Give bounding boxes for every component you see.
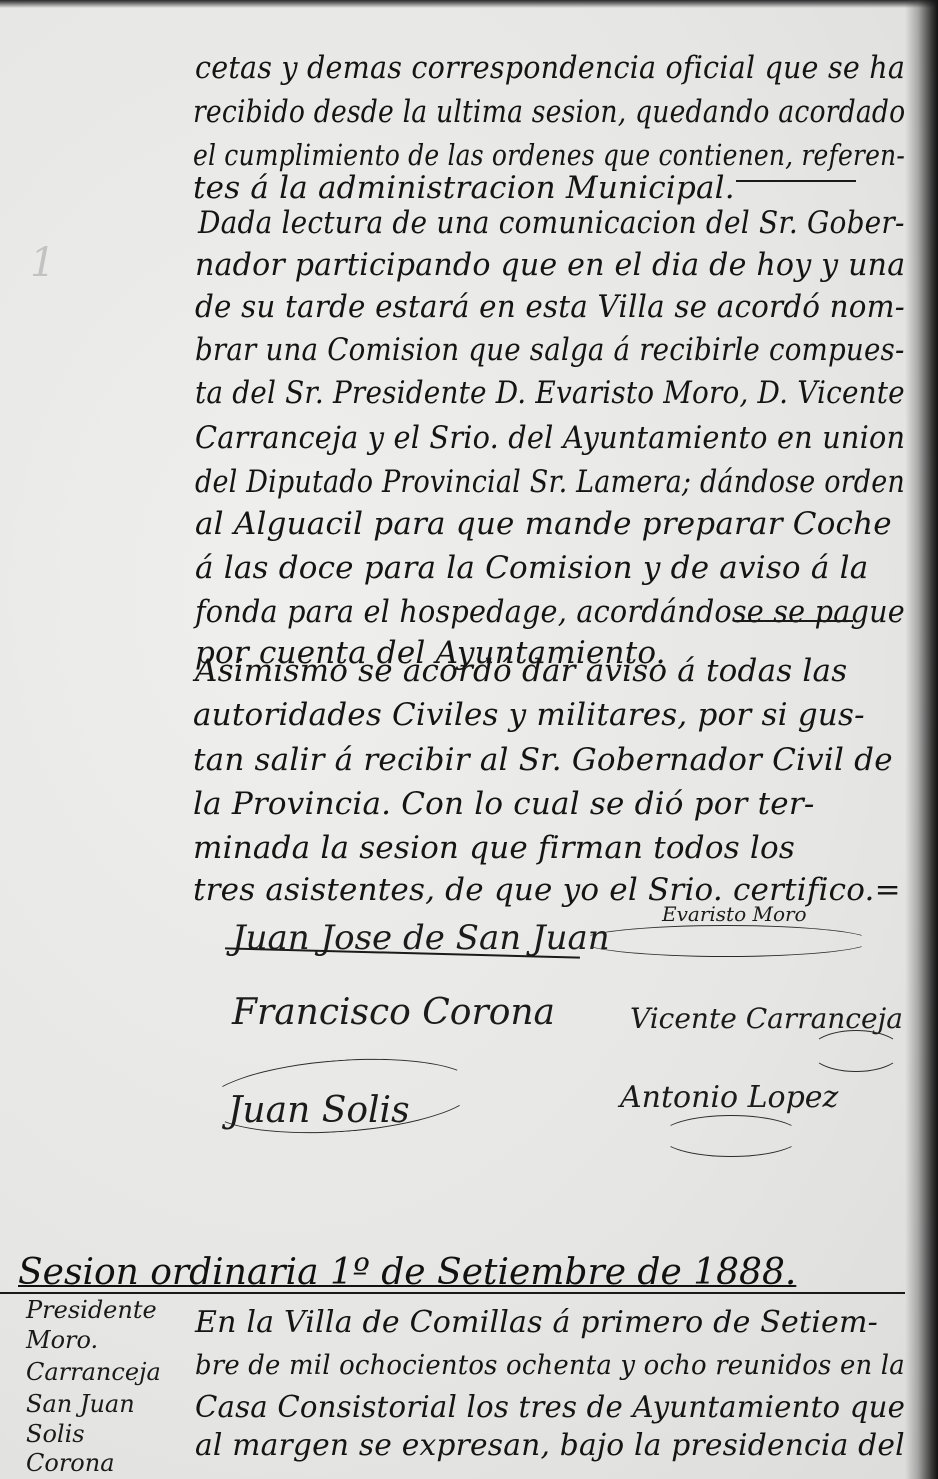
text-line: ta del Sr. Presidente D. Evaristo Moro, … [195,375,905,411]
text-line: nador participando que en el dia de hoy … [195,247,905,283]
signature-evaristo-moro: Evaristo Moro [662,902,807,926]
text-line: tan salir á recibir al Sr. Gobernador Ci… [193,742,893,778]
margin-attendee: Solis [26,1420,85,1448]
heading-divider-rule [0,1292,905,1294]
margin-attendee: Corona [26,1449,115,1477]
signature-francisco-corona: Francisco Corona [232,992,555,1033]
session-heading: Sesion ordinaria 1º de Setiembre de 1888… [18,1252,796,1293]
margin-attendee: Carranceja [26,1358,161,1386]
text-line: á las doce para la Comision y de aviso á… [195,550,868,586]
text-line: la Provincia. Con lo cual se dió por ter… [193,786,815,822]
signature-flourish [580,925,872,957]
text-line: al Alguacil para que mande preparar Coch… [195,506,892,542]
text-line: tes á la administracion Municipal. [193,170,735,206]
signature-antonio-lopez: Antonio Lopez [620,1080,838,1115]
text-line: del Diputado Provincial Sr. Lamera; dánd… [195,464,905,500]
text-line: autoridades Civiles y militares, por si … [193,697,865,733]
margin-attendee: Moro. [26,1326,98,1354]
text-line: Casa Consistorial los tres de Ayuntamien… [195,1390,905,1425]
text-line: Asimismo se acordó dar aviso á todas las [195,653,847,689]
text-line: Dada lectura de una comunicacion del Sr.… [198,205,905,241]
signature-flourish [660,1115,802,1157]
text-line: el cumplimiento de las ordenes que conti… [193,138,905,172]
manuscript-page: 1 cetas y demas correspondencia oficial … [0,0,938,1479]
margin-attendee-presidente: Presidente [26,1296,157,1324]
signature-juan-solis: Juan Solis [228,1090,410,1131]
line-filler-rule [735,620,853,622]
text-line: En la Villa de Comillas á primero de Set… [195,1305,878,1340]
line-filler-rule [736,180,856,182]
text-line: minada la sesion que firman todos los [193,830,795,866]
text-line: bre de mil ochocientos ochenta y ocho re… [195,1350,905,1381]
text-line: de su tarde estará en esta Villa se acor… [195,289,905,325]
signature-flourish [810,1030,902,1072]
text-line: recibido desde la ultima sesion, quedand… [193,94,905,130]
text-line: Carranceja y el Srio. del Ayuntamiento e… [195,420,905,456]
text-line: cetas y demas correspondencia oficial qu… [195,50,905,86]
text-line: al margen se expresan, bajo la presidenc… [195,1428,905,1463]
bleed-through-mark: 1 [30,240,55,286]
margin-attendee: San Juan [26,1390,135,1418]
text-line: fonda para el hospedage, acordándose se … [195,594,905,630]
text-line: brar una Comision que salga á recibirle … [195,332,904,368]
